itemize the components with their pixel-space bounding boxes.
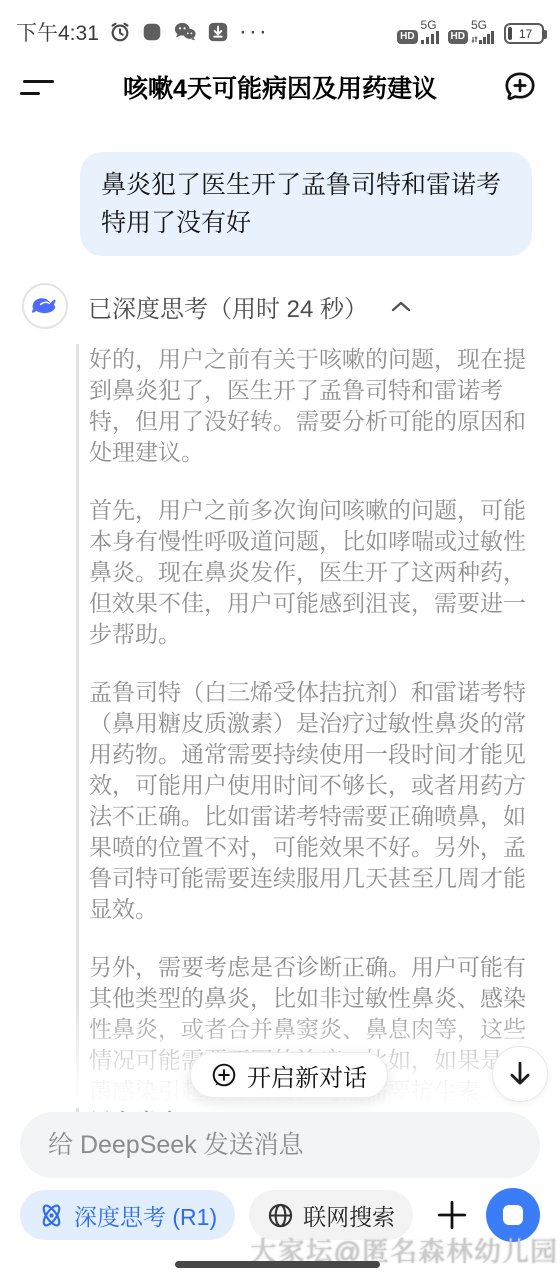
hd-badge: HD	[448, 30, 468, 44]
thinking-paragraph: 孟鲁司特（白三烯受体拮抗剂）和雷诺考特（鼻用糖皮质激素）是治疗过敏性鼻炎的常用药…	[89, 677, 544, 925]
plus-circle-icon	[211, 1062, 237, 1088]
chevron-up-icon	[390, 298, 412, 314]
sim2-signal: HD 5G	[448, 20, 495, 44]
page-title: 咳嗽4天可能病因及用药建议	[60, 69, 500, 105]
battery-indicator: 17	[504, 23, 544, 44]
new-conversation-button[interactable]: 开启新对话	[190, 1052, 388, 1098]
plus-icon	[435, 1198, 469, 1232]
app-header: 咳嗽4天可能病因及用药建议	[0, 58, 560, 116]
attach-button[interactable]	[430, 1193, 474, 1237]
assistant-header: 已深度思考（用时 24 秒）	[22, 283, 540, 329]
hd-badge: HD	[397, 30, 417, 44]
web-search-toggle[interactable]: 联网搜索	[249, 1190, 413, 1240]
thinking-paragraph: 另外，需要考虑是否诊断正确。用户可能有其他类型的鼻炎，比如非过敏性鼻炎、感染性鼻…	[89, 952, 544, 1138]
thinking-summary-label: 已深度思考（用时 24 秒）	[88, 289, 368, 324]
message-composer	[20, 1112, 540, 1178]
new-chat-button[interactable]	[500, 67, 540, 107]
whale-icon	[30, 294, 60, 318]
deepseek-chat-screen: 下午4:31 ··· HD 5G	[0, 0, 560, 1276]
deepthink-label: 深度思考 (R1)	[74, 1199, 217, 1232]
wechat-icon	[173, 21, 197, 43]
stop-icon	[503, 1205, 523, 1225]
signal-bars-icon	[421, 31, 439, 44]
thinking-content: 好的，用户之前有关于咳嗽的问题，现在提到鼻炎犯了，医生开了孟鲁司特和雷诺考特，但…	[76, 344, 544, 1169]
signal-bars-arrows-icon	[471, 31, 495, 44]
thinking-summary-toggle[interactable]: 已深度思考（用时 24 秒）	[88, 289, 412, 324]
alarm-icon	[109, 21, 131, 43]
deepseek-avatar	[22, 283, 68, 329]
composer-toolbar: 深度思考 (R1) 联网搜索	[0, 1188, 560, 1242]
chat-bubble-plus-icon	[502, 69, 538, 105]
web-search-label: 联网搜索	[303, 1199, 395, 1232]
down-arrow-icon	[507, 1060, 533, 1088]
sim1-signal: HD 5G	[397, 20, 438, 44]
app-square-icon	[141, 21, 163, 43]
sidebar-menu-button[interactable]	[20, 69, 56, 105]
new-conversation-label: 开启新对话	[247, 1058, 367, 1093]
message-input[interactable]	[20, 1131, 540, 1160]
status-bar: 下午4:31 ··· HD 5G	[0, 0, 560, 56]
thinking-paragraph: 首先，用户之前多次询问咳嗽的问题，可能本身有慢性呼吸道问题，比如哮喘或过敏性鼻炎…	[89, 495, 544, 650]
stop-generating-button[interactable]	[486, 1188, 540, 1242]
globe-icon	[267, 1202, 294, 1229]
user-message-bubble[interactable]: 鼻炎犯了医生开了孟鲁司特和雷诺考特用了没有好	[80, 152, 532, 256]
thinking-paragraph: 好的，用户之前有关于咳嗽的问题，现在提到鼻炎犯了，医生开了孟鲁司特和雷诺考特，但…	[89, 344, 544, 468]
more-notifications-icon: ···	[239, 22, 269, 42]
download-icon	[207, 21, 229, 43]
user-message-row: 鼻炎犯了医生开了孟鲁司特和雷诺考特用了没有好	[0, 152, 560, 256]
clock-time: 下午4:31	[16, 17, 99, 47]
deepthink-toggle[interactable]: 深度思考 (R1)	[20, 1190, 235, 1240]
atom-icon	[38, 1202, 65, 1229]
battery-percent: 17	[519, 27, 532, 41]
home-indicator[interactable]	[175, 1261, 380, 1268]
network-tech-label: 5G	[471, 20, 487, 30]
scroll-down-button[interactable]	[492, 1046, 548, 1102]
network-tech-label: 5G	[421, 20, 437, 30]
